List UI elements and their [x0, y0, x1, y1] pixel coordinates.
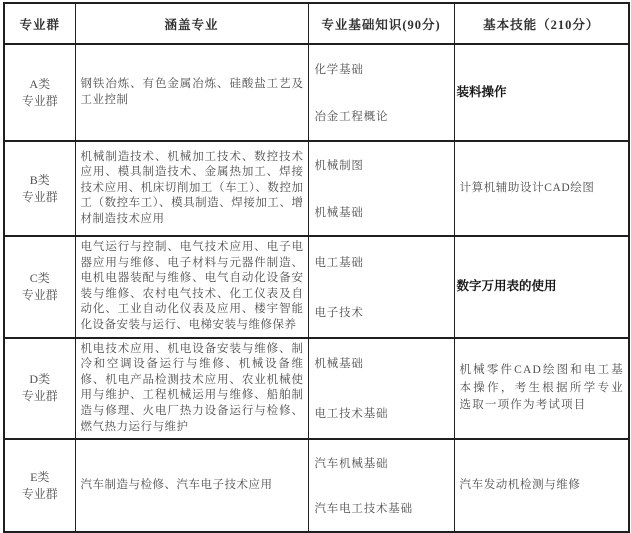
group-label-line1: E类 — [6, 469, 74, 486]
group-label-line1: B类 — [6, 172, 74, 189]
knowledge-cell: 汽车机械基础 汽车电工技术基础 — [308, 439, 454, 532]
knowledge-cell: 机械基础 电工技术基础 — [308, 338, 454, 440]
knowledge-item: 汽车电工技术基础 — [315, 500, 454, 516]
knowledge-item: 汽车机械基础 — [315, 455, 454, 471]
majors-cell: 机电技术应用、机电设备安装与维修、制冷和空调设备运行与维修、机械设备维修、机电产… — [75, 338, 308, 440]
group-label-line2: 专业群 — [6, 93, 74, 110]
table-row-a: A类 专业群 钢铁冶炼、有色金属冶炼、硅酸盐工艺及工业控制 化学基础 冶金工程概… — [4, 44, 629, 141]
group-cell: A类 专业群 — [4, 44, 75, 141]
knowledge-item: 化学基础 — [315, 61, 454, 77]
group-cell: D类 专业群 — [4, 338, 75, 440]
group-label-line1: A类 — [6, 76, 74, 93]
skills-cell: 装料操作 — [454, 44, 629, 141]
skills-cell: 机械零件CAD绘图和电工基本操作，考生根据所学专业选取一项作为考试项目 — [454, 338, 629, 440]
knowledge-item: 电工技术基础 — [315, 405, 454, 421]
group-label-line1: D类 — [6, 371, 74, 388]
knowledge-cell: 电工基础 电子技术 — [308, 236, 454, 338]
skills-cell: 数字万用表的使用 — [454, 236, 629, 338]
header-group: 专业群 — [4, 3, 75, 44]
majors-cell: 汽车制造与检修、汽车电子技术应用 — [75, 439, 308, 532]
table-row-c: C类 专业群 电气运行与控制、电气技术应用、电子电器应用与维修、电子材料与元器件… — [4, 236, 629, 338]
majors-cell: 电气运行与控制、电气技术应用、电子电器应用与维修、电子材料与元器件制造、电机电器… — [75, 236, 308, 338]
header-skills: 基本技能（210分） — [454, 3, 629, 44]
knowledge-item: 电工基础 — [315, 254, 454, 270]
header-knowledge: 专业基础知识(90分) — [308, 3, 454, 44]
skills-cell: 计算机辅助设计CAD绘图 — [454, 141, 629, 236]
knowledge-item: 机械制图 — [315, 157, 454, 173]
group-label-line2: 专业群 — [6, 189, 74, 206]
group-cell: E类 专业群 — [4, 439, 75, 532]
group-cell: C类 专业群 — [4, 236, 75, 338]
knowledge-item: 电子技术 — [315, 304, 454, 320]
skills-cell: 汽车发动机检测与维修 — [454, 439, 629, 532]
table-row-d: D类 专业群 机电技术应用、机电设备安装与维修、制冷和空调设备运行与维修、机械设… — [4, 338, 629, 440]
group-label-line2: 专业群 — [6, 388, 74, 405]
majors-cell: 钢铁冶炼、有色金属冶炼、硅酸盐工艺及工业控制 — [75, 44, 308, 141]
table-row-e: E类 专业群 汽车制造与检修、汽车电子技术应用 汽车机械基础 汽车电工技术基础 … — [4, 439, 629, 532]
group-label-line2: 专业群 — [6, 287, 74, 304]
knowledge-cell: 化学基础 冶金工程概论 — [308, 44, 454, 141]
majors-cell: 机械制造技术、机械加工技术、数控技术应用、模具制造技术、金属热加工、焊接技术应用… — [75, 141, 308, 236]
knowledge-item: 机械基础 — [315, 355, 454, 371]
header-majors: 涵盖专业 — [75, 3, 308, 44]
table-row-b: B类 专业群 机械制造技术、机械加工技术、数控技术应用、模具制造技术、金属热加工… — [4, 141, 629, 236]
knowledge-cell: 机械制图 机械基础 — [308, 141, 454, 236]
group-label-line1: C类 — [6, 270, 74, 287]
group-label-line2: 专业群 — [6, 486, 74, 503]
exam-subjects-table: 专业群 涵盖专业 专业基础知识(90分) 基本技能（210分） A类 专业群 钢… — [3, 2, 630, 533]
knowledge-item: 机械基础 — [315, 204, 454, 220]
group-cell: B类 专业群 — [4, 141, 75, 236]
header-row: 专业群 涵盖专业 专业基础知识(90分) 基本技能（210分） — [4, 3, 629, 44]
knowledge-item: 冶金工程概论 — [315, 108, 454, 124]
